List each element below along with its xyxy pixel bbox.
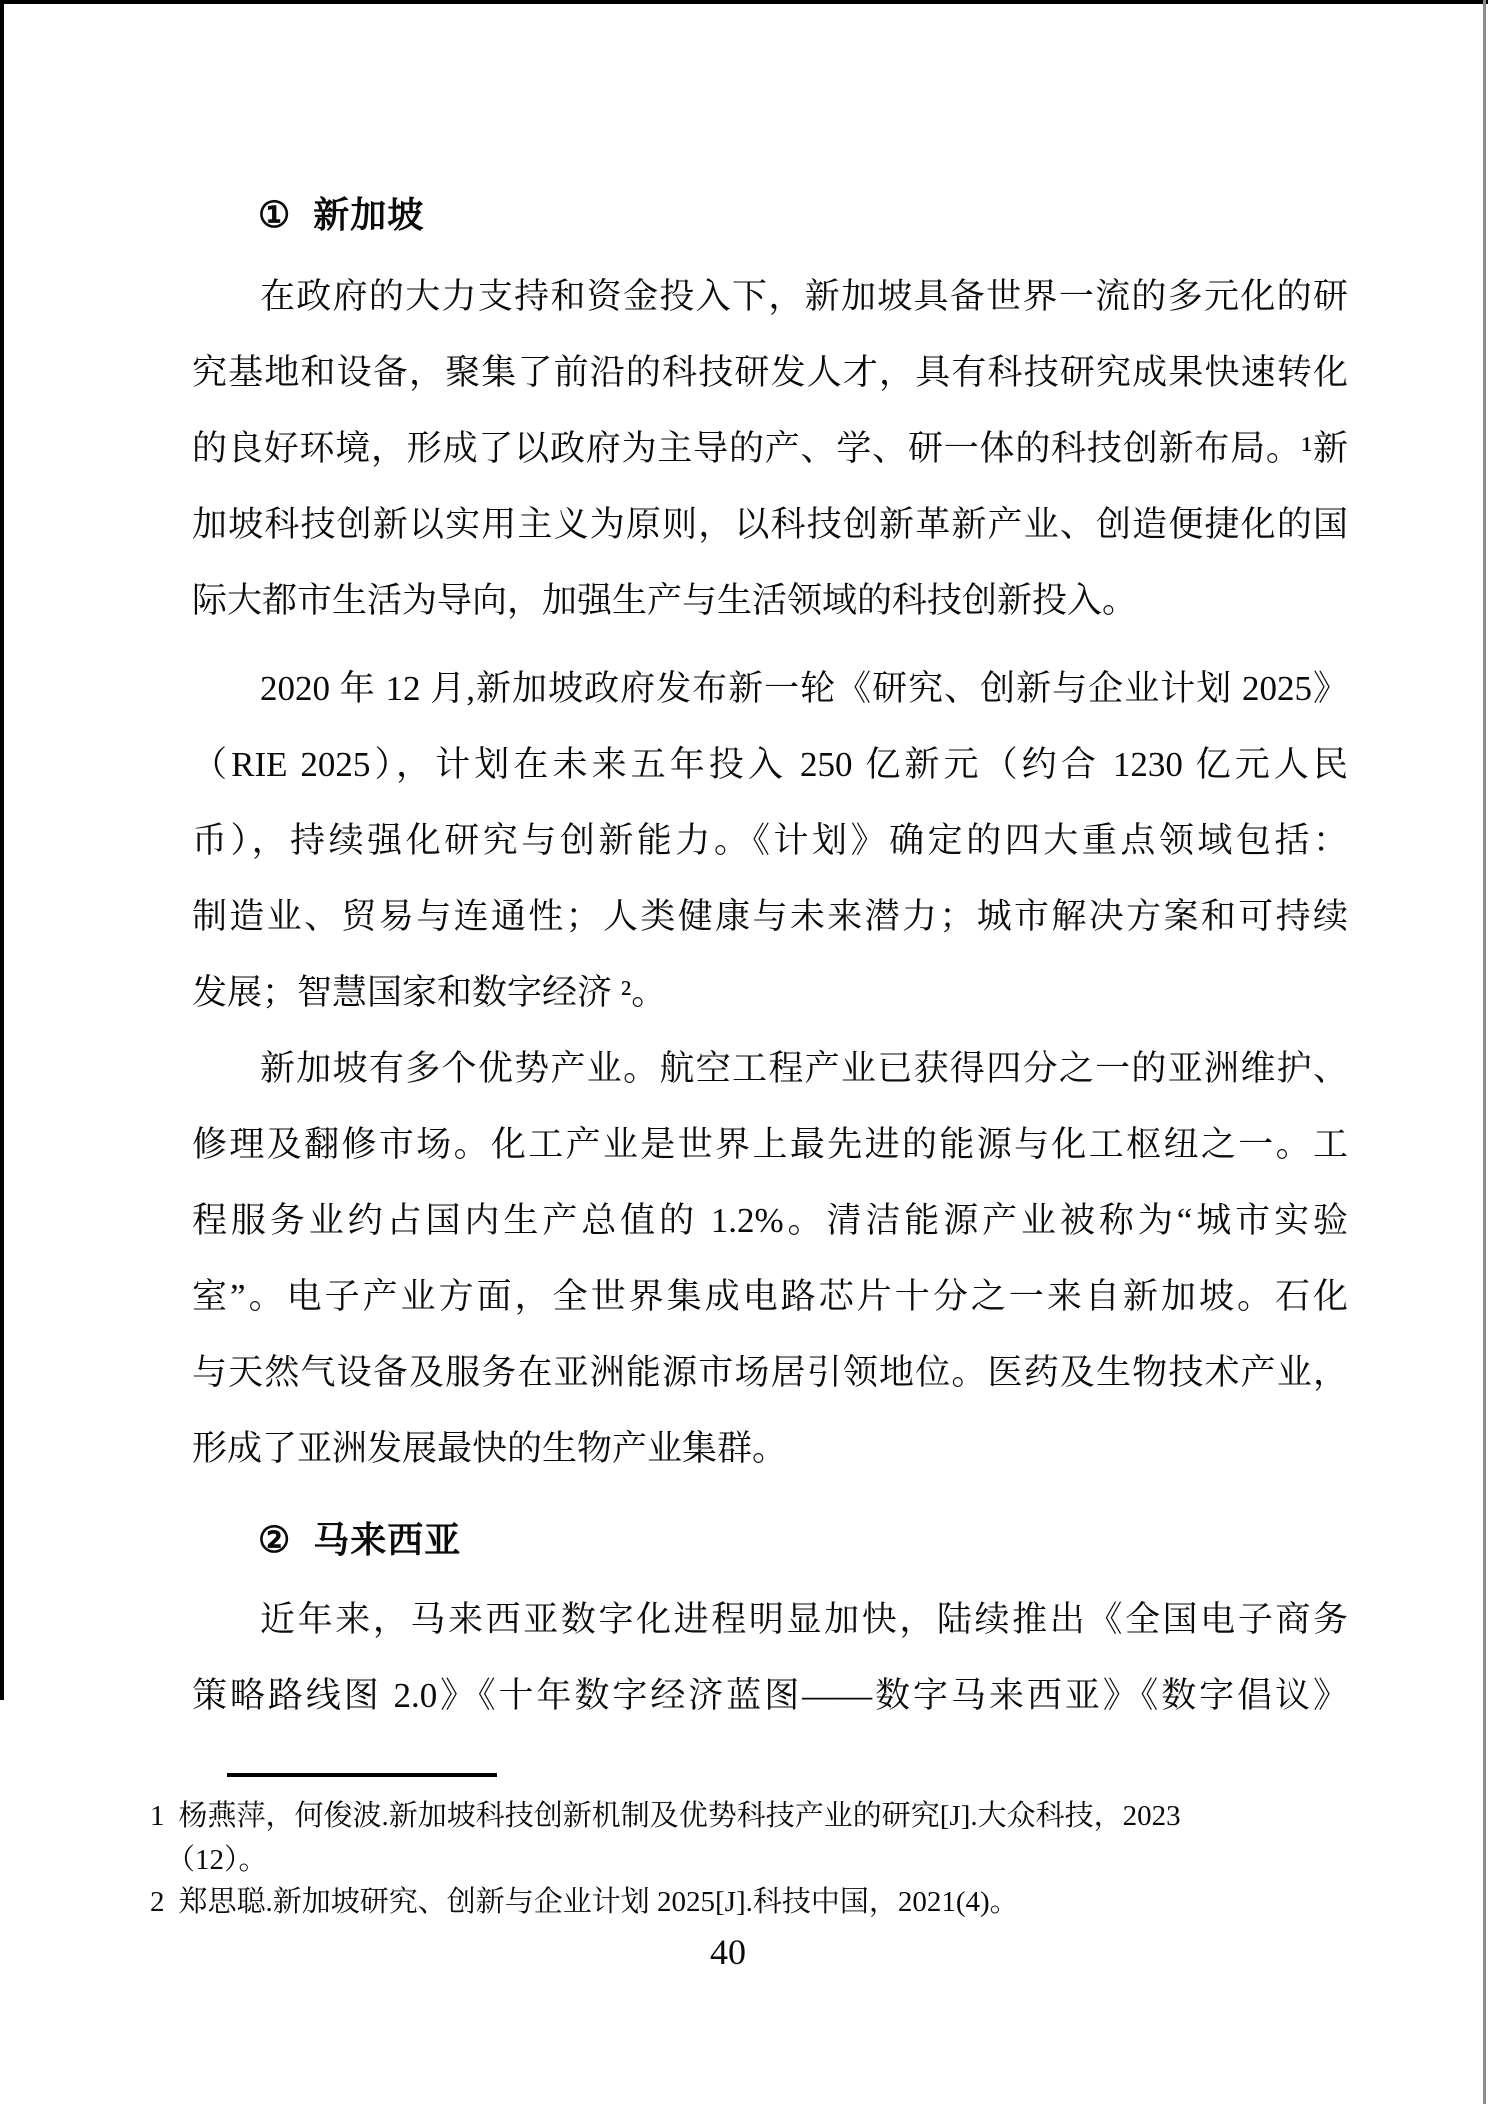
footnote-text: 杨燕萍，何俊波.新加坡科技创新机制及优势科技产业的研究[J].大众科技，2023	[179, 1800, 1181, 1832]
text-line: 与天然气设备及服务在亚洲能源市场居引领地位。医药及生物技术产业，	[192, 1335, 1348, 1411]
footnote-separator	[227, 1773, 497, 1777]
text-line: （RIE 2025），计划在未来五年投入 250 亿新元（约合 1230 亿元人…	[192, 727, 1348, 803]
text-line: 程服务业约占国内生产总值的 1.2%。清洁能源产业被称为“城市实验	[192, 1183, 1348, 1259]
scan-edge-top	[0, 0, 1488, 4]
heading-title: 新加坡	[313, 195, 424, 235]
document-page: ①新加坡 在政府的大力支持和资金投入下，新加坡具备世界一流的多元化的研 究基地和…	[0, 0, 1488, 2104]
paragraph-4: 近年来，马来西亚数字化进程明显加快，陆续推出《全国电子商务 策略路线图 2.0》…	[192, 1582, 1348, 1734]
section-heading-singapore: ①新加坡	[258, 193, 424, 237]
footnote-number: 1	[150, 1794, 165, 1838]
text-line: 室”。电子产业方面，全世界集成电路芯片十分之一来自新加坡。石化	[192, 1259, 1348, 1335]
footnote-1-continuation: （12）。	[150, 1838, 1386, 1882]
text-line: 究基地和设备，聚集了前沿的科技研发人才，具有科技研究成果快速转化	[192, 335, 1348, 411]
text-line: 近年来，马来西亚数字化进程明显加快，陆续推出《全国电子商务	[192, 1582, 1348, 1658]
list-marker-circled-1: ①	[258, 195, 291, 235]
list-marker-circled-2: ②	[258, 1520, 291, 1560]
text-line: 制造业、贸易与连通性；人类健康与未来潜力；城市解决方案和可持续	[192, 879, 1348, 955]
text-line: 形成了亚洲发展最快的生物产业集群。	[192, 1411, 1348, 1487]
text-line: 的良好环境，形成了以政府为主导的产、学、研一体的科技创新布局。¹新	[192, 411, 1348, 487]
scan-edge-left	[0, 0, 4, 1700]
paragraph-2: 2020 年 12 月,新加坡政府发布新一轮《研究、创新与企业计划 2025》 …	[192, 651, 1348, 1031]
footnote-text: （12）。	[166, 1844, 268, 1876]
footnote-text: 郑思聪.新加坡研究、创新与企业计划 2025[J].科技中国，2021(4)。	[179, 1886, 1019, 1918]
text-line: 币），持续强化研究与创新能力。《计划》确定的四大重点领域包括：	[192, 803, 1348, 879]
footnote-2: 2郑思聪.新加坡研究、创新与企业计划 2025[J].科技中国，2021(4)。	[150, 1880, 1370, 1924]
scan-edge-right	[1483, 0, 1486, 2104]
text-line: 新加坡有多个优势产业。航空工程产业已获得四分之一的亚洲维护、	[192, 1031, 1348, 1107]
section-heading-malaysia: ②马来西亚	[258, 1518, 461, 1562]
footnote-number: 2	[150, 1880, 165, 1924]
text-line: 在政府的大力支持和资金投入下，新加坡具备世界一流的多元化的研	[192, 259, 1348, 335]
page-number: 40	[0, 1930, 1456, 1974]
text-line: 策略路线图 2.0》《十年数字经济蓝图——数字马来西亚》《数字倡议》	[192, 1658, 1348, 1734]
text-line: 加坡科技创新以实用主义为原则，以科技创新革新产业、创造便捷化的国	[192, 487, 1348, 563]
text-line: 发展；智慧国家和数字经济 ²。	[192, 955, 1348, 1031]
text-line: 际大都市生活为导向，加强生产与生活领域的科技创新投入。	[192, 563, 1348, 639]
paragraph-1: 在政府的大力支持和资金投入下，新加坡具备世界一流的多元化的研 究基地和设备，聚集…	[192, 259, 1348, 639]
text-line: 修理及翻修市场。化工产业是世界上最先进的能源与化工枢纽之一。工	[192, 1107, 1348, 1183]
paragraph-3: 新加坡有多个优势产业。航空工程产业已获得四分之一的亚洲维护、 修理及翻修市场。化…	[192, 1031, 1348, 1487]
text-line: 2020 年 12 月,新加坡政府发布新一轮《研究、创新与企业计划 2025》	[192, 651, 1348, 727]
footnote-1: 1杨燕萍，何俊波.新加坡科技创新机制及优势科技产业的研究[J].大众科技，202…	[150, 1794, 1370, 1838]
heading-title: 马来西亚	[313, 1520, 461, 1560]
